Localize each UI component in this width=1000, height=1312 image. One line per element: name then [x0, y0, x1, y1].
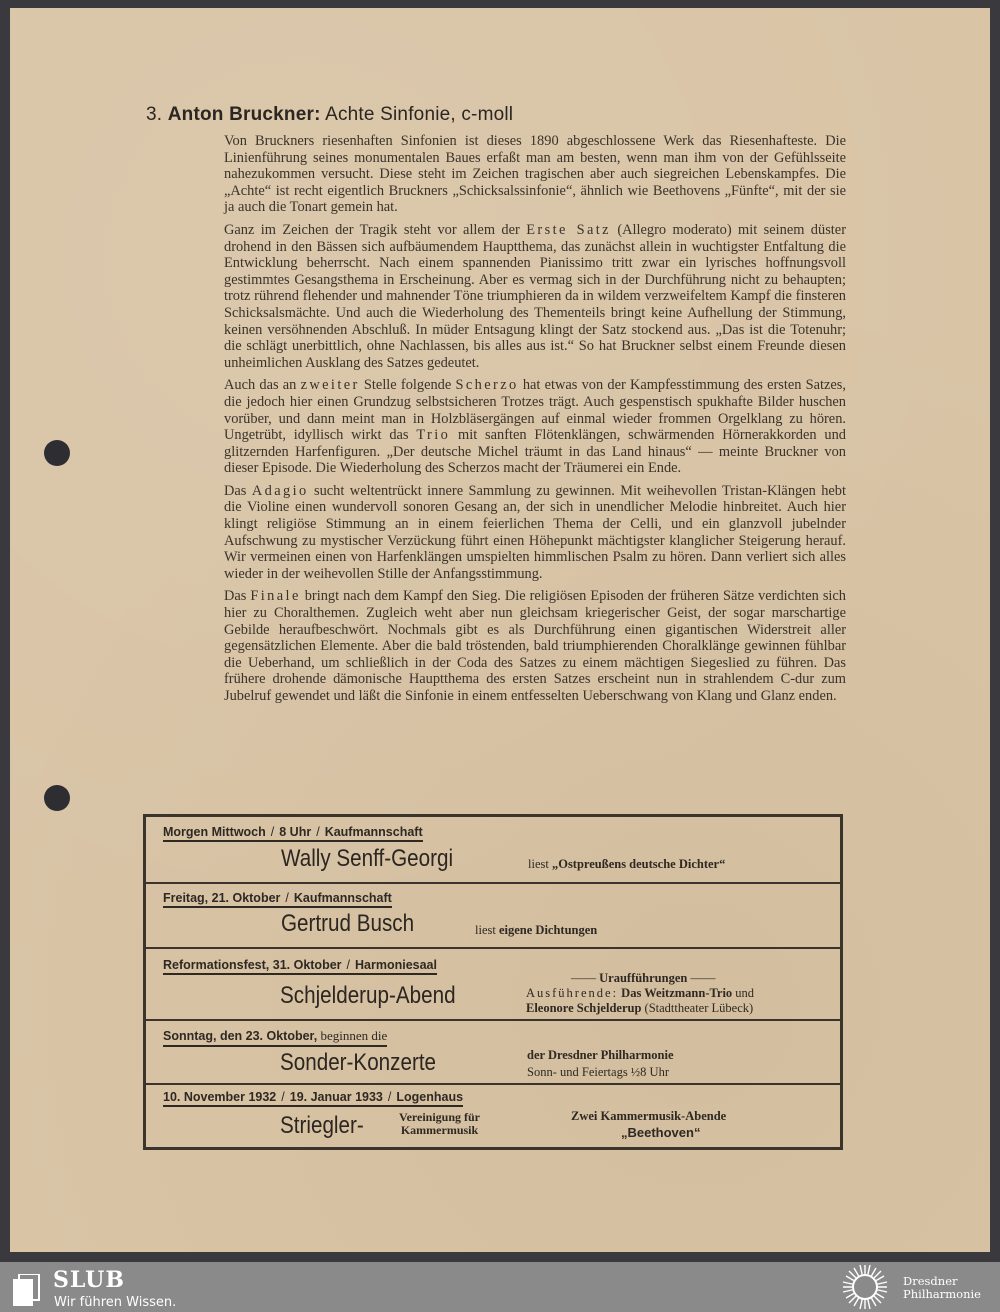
- slub-tagline: Wir führen Wissen.: [54, 1295, 176, 1310]
- announcement-row: Freitag, 21. Oktober/Kaufmannschaft Gert…: [146, 883, 840, 949]
- announcement-detail: „Beethoven“: [621, 1125, 700, 1140]
- paragraph-intro: Von Bruckners riesenhaften Sinfonien ist…: [224, 133, 846, 216]
- announcement-title: Schjelderup-Abend: [280, 982, 456, 1010]
- announcement-row: Sonntag, den 23. Oktober, beginnen die S…: [146, 1020, 840, 1085]
- footer-bar: SLUB Wir führen Wissen. Dresdner Philhar…: [0, 1262, 1000, 1312]
- slub-logo-icon[interactable]: [13, 1274, 41, 1306]
- announcement-label: 10. November 1932/19. Januar 1933/Logenh…: [163, 1090, 463, 1107]
- announcement-label: Sonntag, den 23. Oktober, beginnen die: [163, 1028, 387, 1047]
- announcement-row: 10. November 1932/19. Januar 1933/Logenh…: [146, 1084, 840, 1147]
- announcement-label: Freitag, 21. Oktober/Kaufmannschaft: [163, 891, 392, 908]
- announcement-detail: Ausführende: Das Weitzmann-Trio und: [526, 986, 754, 1001]
- announcement-detail: Zwei Kammermusik-Abende: [571, 1109, 726, 1124]
- announcement-subtitle: Vereinigung fürKammermusik: [399, 1111, 480, 1137]
- announcement-label: Reformationsfest, 31. Oktober/Harmoniesa…: [163, 958, 437, 975]
- announcement-row: Morgen Mittwoch/8 Uhr/Kaufmannschaft Wal…: [146, 817, 840, 884]
- announcement-title: Striegler-: [280, 1112, 364, 1140]
- announcement-detail: der Dresdner Philharmonie: [527, 1048, 674, 1063]
- announcement-label: Morgen Mittwoch/8 Uhr/Kaufmannschaft: [163, 825, 423, 842]
- program-notes: Von Bruckners riesenhaften Sinfonien ist…: [224, 133, 846, 711]
- dresdner-philharmonie-logo-icon[interactable]: [842, 1264, 888, 1310]
- paragraph-first-movement: Ganz im Zeichen der Tragik steht vor all…: [224, 222, 846, 371]
- paragraph-scherzo: Auch das an zweiter Stelle folgende Sche…: [224, 377, 846, 477]
- announcement-detail: liest „Ostpreußens deutsche Dichter“: [528, 857, 725, 872]
- announcement-row: Reformationsfest, 31. Oktober/Harmoniesa…: [146, 948, 840, 1021]
- announcement-detail: Sonn- und Feiertags ½8 Uhr: [527, 1065, 669, 1080]
- announcement-title: Wally Senff-Georgi: [281, 845, 453, 873]
- announcement-detail: liest eigene Dichtungen: [475, 923, 597, 938]
- composer-name: Anton Bruckner:: [168, 104, 321, 125]
- announcements-box: Morgen Mittwoch/8 Uhr/Kaufmannschaft Wal…: [143, 814, 843, 1150]
- announcement-detail: Eleonore Schjelderup (Stadttheater Lübec…: [526, 1001, 753, 1016]
- paragraph-adagio: Das Adagio sucht weltentrückt innere Sam…: [224, 483, 846, 583]
- punch-hole: [44, 785, 70, 811]
- slub-brand[interactable]: SLUB: [53, 1267, 125, 1293]
- announcement-title: Sonder-Konzerte: [280, 1049, 436, 1077]
- section-number: 3.: [146, 104, 162, 125]
- section-heading: 3. Anton Bruckner: Achte Sinfonie, c-mol…: [146, 104, 513, 126]
- paragraph-finale: Das Finale bringt nach dem Kampf den Sie…: [224, 588, 846, 704]
- work-title: Achte Sinfonie, c-moll: [325, 104, 513, 125]
- announcement-title: Gertrud Busch: [281, 910, 414, 938]
- announcement-subheader: —— Uraufführungen ——: [571, 971, 715, 986]
- dresdner-philharmonie-brand[interactable]: Dresdner Philharmonie: [903, 1275, 981, 1301]
- punch-hole: [44, 440, 70, 466]
